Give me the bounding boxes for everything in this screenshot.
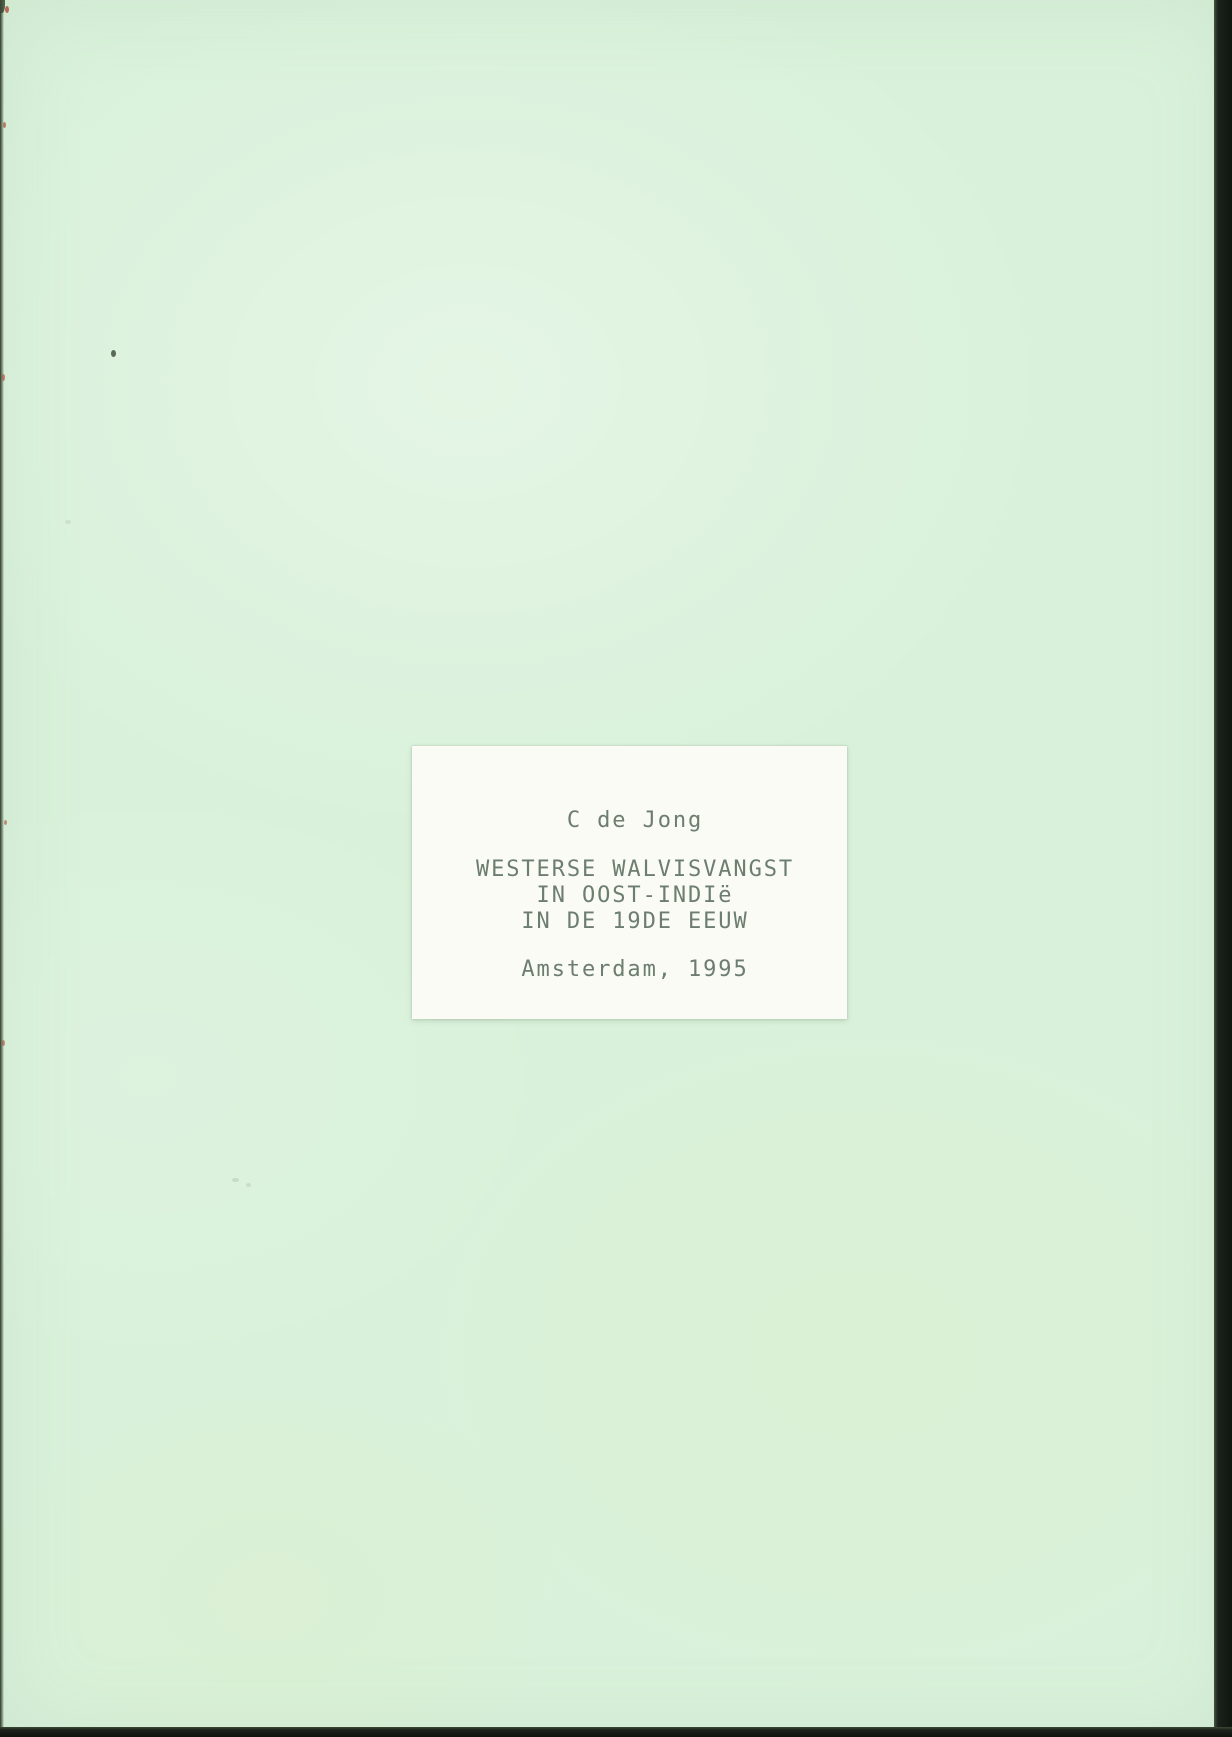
red-speck: [4, 820, 7, 825]
scan-edge-left: [0, 0, 4, 1737]
author-name: C de Jong: [423, 808, 847, 834]
scan-edge-right: [1214, 0, 1232, 1737]
book-title-line-3: IN DE 19DE EEUW: [423, 909, 847, 935]
dust-speck: [111, 350, 116, 357]
red-speck: [5, 6, 9, 13]
faint-smudge: [246, 1183, 251, 1187]
red-speck: [2, 1040, 5, 1046]
faint-smudge: [65, 520, 71, 524]
red-speck: [2, 374, 5, 381]
scanned-page: C de Jong WESTERSE WALVISVANGST IN OOST-…: [0, 0, 1232, 1737]
title-label: C de Jong WESTERSE WALVISVANGST IN OOST-…: [412, 746, 847, 1019]
faint-smudge: [232, 1178, 239, 1182]
book-title-line-2: IN OOST-INDIë: [423, 883, 847, 909]
scan-edge-bottom: [0, 1727, 1232, 1737]
book-title-line-1: WESTERSE WALVISVANGST: [423, 857, 847, 883]
red-speck: [3, 122, 6, 128]
imprint-line: Amsterdam, 1995: [423, 957, 847, 983]
